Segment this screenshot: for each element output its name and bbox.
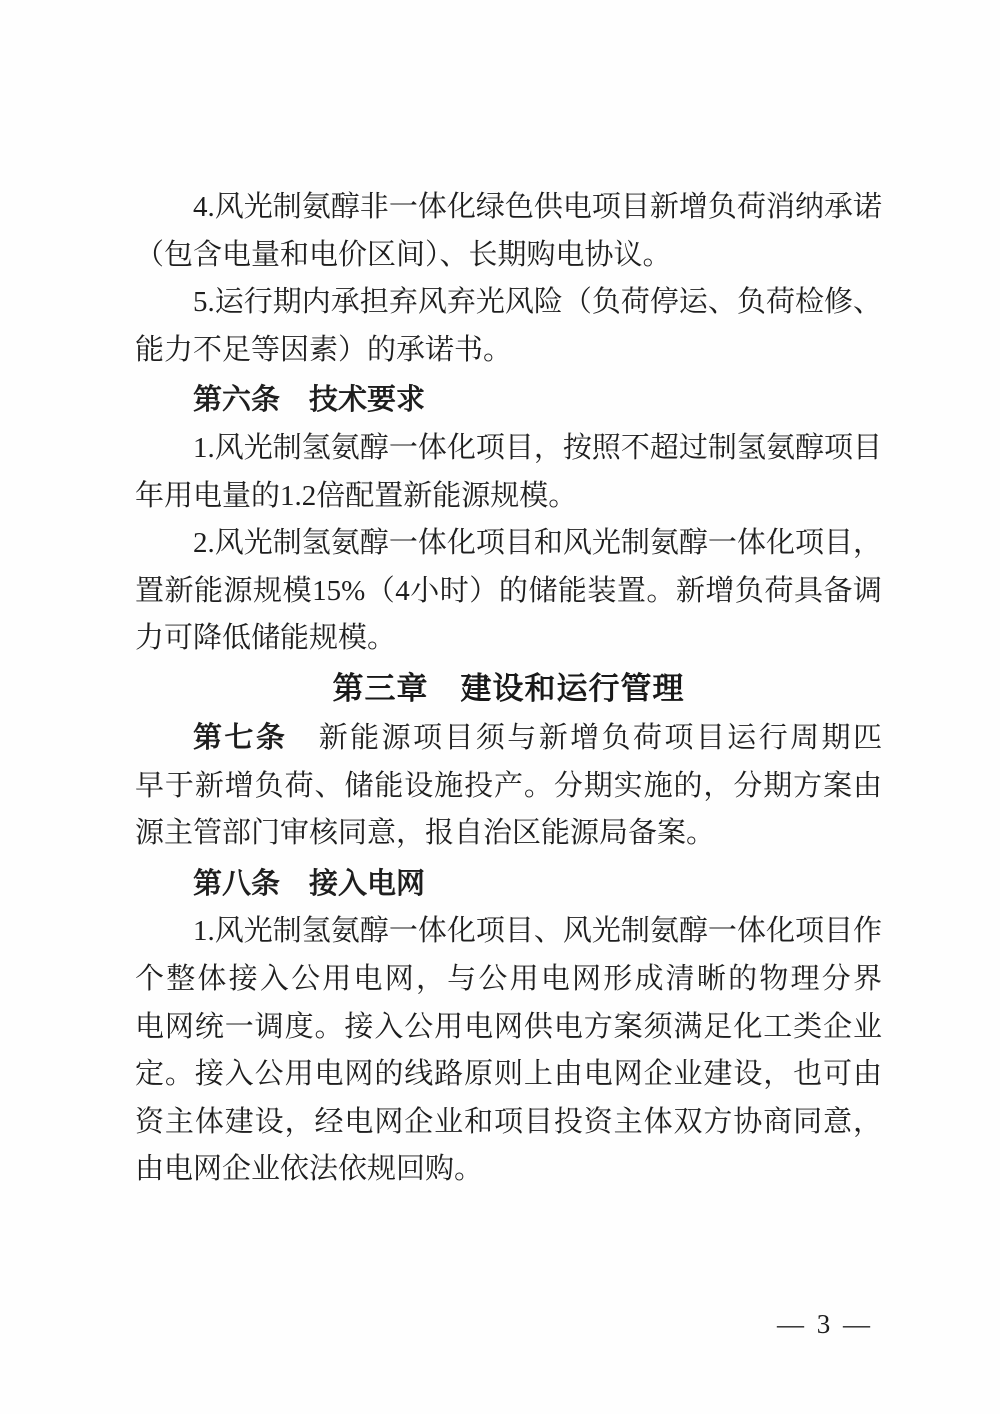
article-7-line-3: 源主管部门审核同意，报自治区能源局备案。 — [135, 810, 882, 858]
clause-5-line-1: 5.运行期内承担弃风弃光风险（负荷停运、负荷检修、调峰 — [135, 279, 882, 327]
document-body: 4.风光制氨醇非一体化绿色供电项目新增负荷消纳承诺书 （包含电量和电价区间）、长… — [135, 184, 882, 1194]
chapter-3-heading: 第三章 建设和运行管理 — [135, 663, 882, 715]
article-6-item-1-line-1: 1.风光制氢氨醇一体化项目，按照不超过制氢氨醇项目所需 — [135, 425, 882, 473]
article-6-title: 技术要求 — [280, 384, 425, 416]
article-8-item-1-line-6: 由电网企业依法依规回购。 — [135, 1146, 882, 1194]
article-8-item-1-line-3: 电网统一调度。接入公用电网供电方案须满足化工类企业供电规 — [135, 1004, 882, 1052]
article-8-number: 第八条 — [193, 868, 280, 900]
article-8-item-1-line-1: 1.风光制氢氨醇一体化项目、风光制氨醇一体化项目作为一 — [135, 908, 882, 956]
article-6-item-2-line-1: 2.风光制氢氨醇一体化项目和风光制氨醇一体化项目，需配 — [135, 520, 882, 568]
article-8-item-1-line-4: 定。接入公用电网的线路原则上由电网企业建设，也可由项目投 — [135, 1051, 882, 1099]
article-7-line-2: 早于新增负荷、储能设施投产。分期实施的，分期方案由盟市能 — [135, 763, 882, 811]
article-8-heading: 第八条 接入电网 — [135, 861, 882, 909]
article-8-item-1-line-2: 个整体接入公用电网，与公用电网形成清晰的物理分界面，接受 — [135, 956, 882, 1004]
article-6-number: 第六条 — [193, 384, 280, 416]
clause-5-line-2: 能力不足等因素）的承诺书。 — [135, 327, 882, 375]
article-6-item-1-line-2: 年用电量的1.2倍配置新能源规模。 — [135, 473, 882, 521]
article-6-item-2-line-3: 力可降低储能规模。 — [135, 615, 882, 663]
article-8-item-1-line-5: 资主体建设，经电网企业和项目投资主体双方协商同意，可适时 — [135, 1099, 882, 1147]
article-7-number: 第七条 — [193, 722, 287, 754]
clause-4-line-1: 4.风光制氨醇非一体化绿色供电项目新增负荷消纳承诺书 — [135, 184, 882, 232]
article-6-item-2-line-2: 置新能源规模15%（4小时）的储能装置。新增负荷具备调节能 — [135, 568, 882, 616]
article-8-title: 接入电网 — [280, 868, 425, 900]
page-number: — 3 — — [777, 1309, 873, 1340]
document-page: 4.风光制氨醇非一体化绿色供电项目新增负荷消纳承诺书 （包含电量和电价区间）、长… — [0, 0, 1000, 1414]
clause-4-line-2: （包含电量和电价区间）、长期购电协议。 — [135, 232, 882, 280]
article-7-line-1: 第七条 新能源项目须与新增负荷项目运行周期匹配，不得 — [135, 715, 882, 763]
article-6-heading: 第六条 技术要求 — [135, 377, 882, 425]
